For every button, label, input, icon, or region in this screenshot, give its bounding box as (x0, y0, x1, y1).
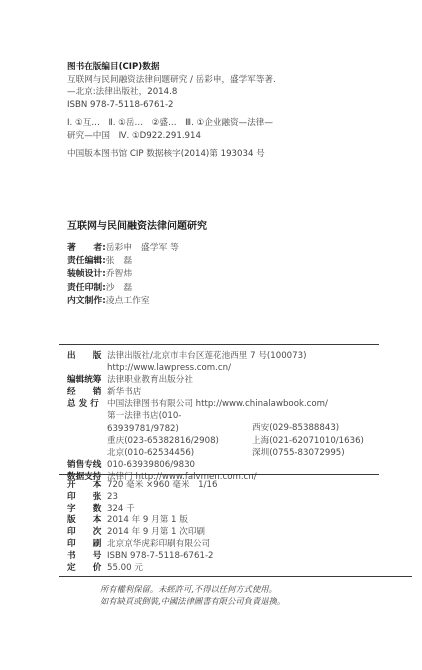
row-value: 2014 年 9 月第 1 次印刷 (107, 527, 379, 539)
format-row-kaiben: 开 本 720 毫米 ×960 毫米 1/16 (67, 480, 379, 492)
credit-value: 岳彩申 盛学军 等 (106, 243, 179, 253)
row-label: 销售专线 (67, 459, 107, 471)
row-label: 总 发 行 (67, 398, 107, 458)
format-row-yinzhang: 印 张 23 (67, 492, 379, 504)
format-row-zishu: 字 数 324 千 (67, 504, 379, 516)
branch-phone-left: 重庆(023-65382816/2908) (107, 435, 252, 447)
branch-phone-line: 第一法律书店(010-63939781/9782)西安(029-85388843… (107, 410, 379, 434)
distribution-company: 中国法律图书有限公司 http://www.chinalawbook.com/ (107, 398, 379, 410)
publisher-address: 法律出版社/北京市丰台区莲花池西里 7 号(100073) (107, 350, 379, 362)
row-label: 出 版 (67, 350, 107, 374)
row-label: 经 销 (67, 386, 107, 398)
cip-publisher-line: —北京:法律出版社，2014.8 (67, 86, 367, 99)
cip-block: 图书在版编目(CIP)数据 互联网与民间融资法律问题研究 / 岳彩申，盛学军等著… (67, 61, 367, 161)
credit-label: 装帧设计: (67, 269, 106, 279)
row-value: ISBN 978-7-5118-6761-2 (107, 551, 379, 563)
cip-classification-line: Ⅰ. ①互… Ⅱ. ①岳… ②盛… Ⅲ. ①企业融资—法律— (67, 117, 367, 130)
credit-value: 沙 磊 (106, 283, 132, 293)
credit-row: 责任印制:沙 磊 (67, 282, 367, 295)
editorial-row: 编辑统筹 法律职业教育出版分社 (67, 374, 379, 386)
format-row-yinshua: 印 刷 北京京华虎彩印刷有限公司 (67, 539, 379, 551)
publisher-url: http://www.lawpress.com.cn/ (107, 362, 379, 374)
branch-phone-left: 第一法律书店(010-63939781/9782) (107, 410, 252, 434)
row-label: 版 本 (67, 515, 107, 527)
cip-heading: 图书在版编目(CIP)数据 (67, 61, 367, 74)
credit-row: 内文制作:凌点工作室 (67, 295, 367, 308)
row-value: 2014 年 9 月第 1 版 (107, 515, 379, 527)
row-label: 字 数 (67, 504, 107, 516)
credit-row: 著 者:岳彩申 盛学军 等 (67, 242, 367, 255)
row-label: 印 刷 (67, 539, 107, 551)
row-label: 印 次 (67, 527, 107, 539)
row-label: 定 价 (67, 563, 107, 575)
branch-phone-right: 深圳(0755-83072995) (252, 448, 345, 458)
branch-phone-line: 北京(010-62534456)深圳(0755-83072995) (107, 447, 379, 459)
credit-value: 张 磊 (106, 256, 132, 266)
row-label: 开 本 (67, 480, 107, 492)
notice-line-1: 所有權利保留。未經許可,不得以任何方式使用。 (100, 583, 412, 595)
row-value: 法律职业教育出版分社 (107, 374, 379, 386)
book-info-block: 互联网与民间融资法律问题研究 著 者:岳彩申 盛学军 等 责任编辑:张 磊 装帧… (67, 221, 367, 308)
row-value: 中国法律图书有限公司 http://www.chinalawbook.com/ … (107, 398, 379, 458)
row-label: 书 号 (67, 551, 107, 563)
row-value: 新华书店 (107, 386, 379, 398)
format-row-banben: 版 本 2014 年 9 月第 1 版 (67, 515, 379, 527)
credit-label: 著 者: (67, 243, 106, 253)
copyright-page: 图书在版编目(CIP)数据 互联网与民间融资法律问题研究 / 岳彩申，盛学军等著… (0, 0, 422, 670)
general-distribution-row: 总 发 行 中国法律图书有限公司 http://www.chinalawbook… (67, 398, 379, 458)
rights-notice: 所有權利保留。未經許可,不得以任何方式使用。 如有缺頁或倒裝,中國法律圖書有限公… (59, 576, 412, 607)
credit-row: 责任编辑:张 磊 (67, 255, 367, 268)
book-title: 互联网与民间融资法律问题研究 (67, 221, 367, 233)
credit-value: 乔智炜 (106, 269, 132, 279)
row-value: 北京京华虎彩印刷有限公司 (107, 539, 379, 551)
sales-hotline-row: 销售专线 010-63939806/9830 (67, 459, 379, 471)
publishing-block: 出 版 法律出版社/北京市丰台区莲花池西里 7 号(100073) http:/… (59, 344, 379, 483)
credit-value: 凌点工作室 (106, 296, 150, 306)
credit-label: 内文制作: (67, 296, 106, 306)
branch-phone-right: 上海(021-62071010/1636) (252, 436, 364, 446)
cip-isbn-line: ISBN 978-7-5118-6761-2 (67, 99, 367, 112)
branch-phone-line: 重庆(023-65382816/2908)上海(021-62071010/163… (107, 435, 379, 447)
cip-record-number: 中国版本图书馆 CIP 数据核字(2014)第 193034 号 (67, 148, 367, 161)
row-label: 编辑统筹 (67, 374, 107, 386)
row-value: 010-63939806/9830 (107, 459, 379, 471)
credit-label: 责任编辑: (67, 256, 106, 266)
row-value: 55.00 元 (107, 563, 379, 575)
format-row-shuhao: 书 号 ISBN 978-7-5118-6761-2 (67, 551, 379, 563)
credit-label: 责任印制: (67, 283, 106, 293)
format-block: 开 本 720 毫米 ×960 毫米 1/16 印 张 23 字 数 324 千… (59, 474, 379, 574)
cip-classification-line: 研究—中国 Ⅳ. ①D922.291.914 (67, 130, 367, 143)
cip-title-line: 互联网与民间融资法律问题研究 / 岳彩申，盛学军等著. (67, 74, 367, 87)
notice-line-2: 如有缺頁或倒裝,中國法律圖書有限公司負責退換。 (100, 595, 412, 607)
branch-phone-right: 西安(029-85388843) (252, 424, 339, 434)
branch-phone-left: 北京(010-62534456) (107, 447, 252, 459)
publisher-row: 出 版 法律出版社/北京市丰台区莲花池西里 7 号(100073) http:/… (67, 350, 379, 374)
format-row-dingjia: 定 价 55.00 元 (67, 563, 379, 575)
row-value: 法律出版社/北京市丰台区莲花池西里 7 号(100073) http://www… (107, 350, 379, 374)
row-value: 720 毫米 ×960 毫米 1/16 (107, 480, 379, 492)
row-label: 印 张 (67, 492, 107, 504)
row-value: 324 千 (107, 504, 379, 516)
distributor-row: 经 销 新华书店 (67, 386, 379, 398)
row-value: 23 (107, 492, 379, 504)
credit-row: 装帧设计:乔智炜 (67, 268, 367, 281)
format-row-yinci: 印 次 2014 年 9 月第 1 次印刷 (67, 527, 379, 539)
